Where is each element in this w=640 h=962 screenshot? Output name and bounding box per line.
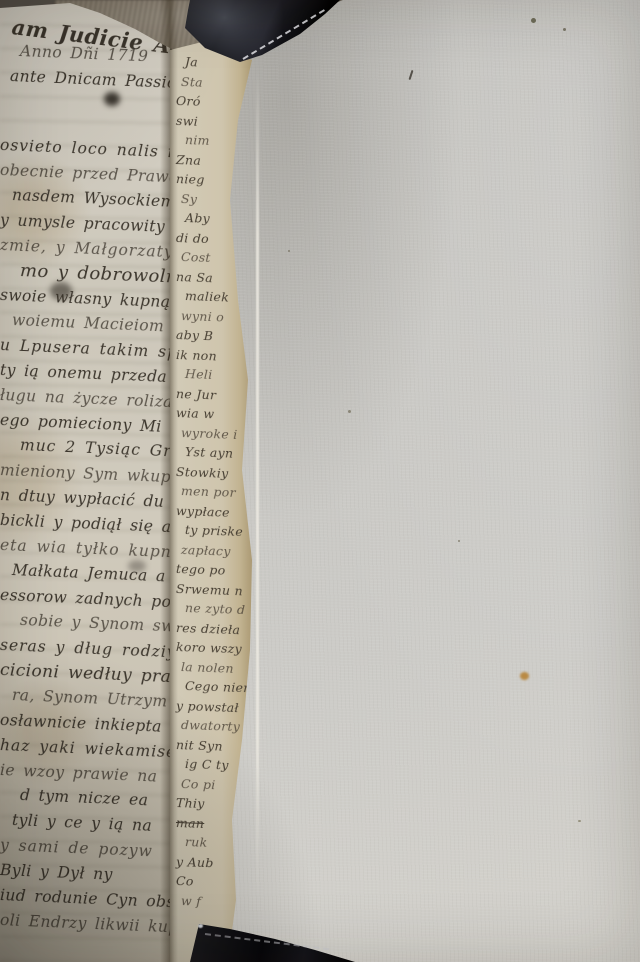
paper-speck bbox=[458, 540, 460, 542]
stub-text-fragment: men por bbox=[181, 481, 252, 503]
stub-text-fragment: aby B bbox=[176, 325, 252, 347]
handwriting-block: am Judicie AdwocatialiAnno Dñi 1719ante … bbox=[0, 14, 178, 933]
stub-text-fragment: Heli bbox=[185, 364, 252, 386]
paper-speck bbox=[531, 18, 536, 23]
stub-text-fragment: Cego nien bbox=[185, 676, 252, 698]
stub-text-fragment: koro wszy bbox=[176, 637, 252, 659]
stub-text-fragment: tego po bbox=[176, 559, 252, 581]
right-page bbox=[198, 0, 640, 962]
stub-text-fragment: wia w bbox=[176, 403, 252, 425]
stub-text-fragment: res dzieła bbox=[176, 618, 252, 640]
stub-text-fragment: ne zyto d bbox=[185, 598, 252, 620]
gutter-shadow bbox=[160, 0, 178, 962]
foxing-spot bbox=[520, 672, 529, 680]
stub-text-fragment: dwatorty bbox=[181, 715, 252, 737]
next-page-edge-highlight bbox=[256, 70, 259, 900]
stub-text-fragment: zapłacy bbox=[181, 540, 252, 562]
stub-text-fragment: Yst ayn bbox=[185, 442, 252, 464]
manuscript-photo: am Judicie AdwocatialiAnno Dñi 1719ante … bbox=[0, 0, 640, 962]
stub-text-fragment: ty priske bbox=[185, 520, 252, 542]
stub-text-fragment: wyroke i bbox=[181, 423, 252, 445]
stub-text-fragment: ne Jur bbox=[176, 384, 252, 406]
stub-text-fragment: Sta bbox=[181, 72, 252, 94]
stub-text-fragment: la nolen bbox=[181, 657, 252, 679]
clasp-glint bbox=[198, 924, 203, 928]
paper-speck bbox=[348, 410, 351, 413]
paper-speck bbox=[578, 820, 581, 822]
paper-grain bbox=[198, 0, 640, 962]
paper-speck bbox=[288, 250, 290, 252]
left-page: am Judicie AdwocatialiAnno Dñi 1719ante … bbox=[0, 0, 178, 962]
paper-speck bbox=[563, 28, 566, 31]
